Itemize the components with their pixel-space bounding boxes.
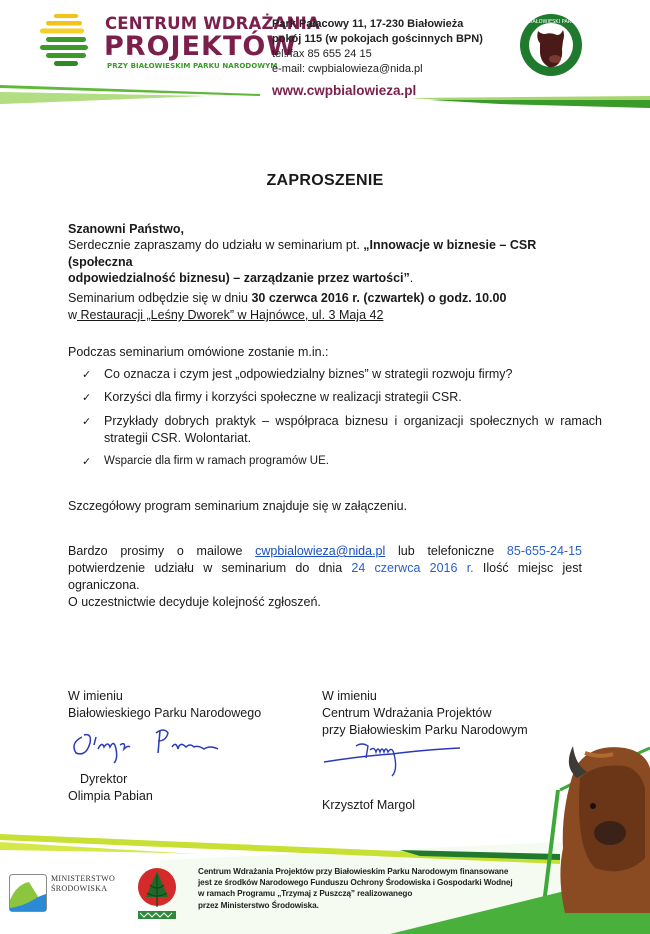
- seminar-venue: w Restauracji „Leśny Dworek” w Hajnówce,…: [68, 307, 383, 324]
- logo-title-line2: PROJEKTÓW: [104, 30, 297, 64]
- svg-text:BIAŁOWIESKI PARK: BIAŁOWIESKI PARK: [527, 19, 575, 25]
- handwritten-signature-left: [68, 723, 228, 765]
- program-note: Szczegółowy program seminarium znajduje …: [68, 498, 407, 515]
- contact-address: Park Pałacowy 11, 17-230 Białowieża: [272, 17, 483, 32]
- checkmark-icon: ✓: [82, 453, 104, 471]
- email-link[interactable]: cwpbialowieza@nida.pl: [255, 544, 385, 558]
- left-signatory-org: Białowieskiego Parku Narodowego: [68, 705, 261, 722]
- list-item: ✓ Przykłady dobrych praktyk – współpraca…: [82, 413, 602, 446]
- right-signatory-org-sub: przy Białowieskim Parku Narodowym: [322, 722, 528, 739]
- contact-block: Park Pałacowy 11, 17-230 Białowieża pokó…: [272, 17, 483, 77]
- confirmation-line1: Bardzo prosimy o mailowe cwpbialowieza@n…: [68, 543, 582, 560]
- checkmark-icon: ✓: [82, 389, 104, 407]
- logo-subtitle: PRZY BIAŁOWIESKIM PARKU NARODOWYM: [107, 62, 277, 70]
- contact-email[interactable]: e-mail: cwpbialowieza@nida.pl: [272, 62, 483, 77]
- checkmark-icon: ✓: [82, 413, 104, 446]
- funding-note: Centrum Wdrażania Projektów przy Białowi…: [198, 866, 513, 911]
- handwritten-signature-right: [322, 740, 462, 780]
- phone-number: 85-655-24-15: [507, 544, 582, 558]
- checkmark-icon: ✓: [82, 366, 104, 384]
- list-item: ✓ Wsparcie dla firm w ramach programów U…: [82, 453, 602, 471]
- confirmation-line4: O uczestnictwie decyduje kolejność zgłos…: [68, 594, 321, 611]
- ministry-of-environment-logo-icon: [9, 874, 47, 912]
- venue-name: Restauracji „Leśny Dworek” w Hajnówce, u…: [81, 308, 384, 322]
- header-green-stripes: [0, 80, 650, 110]
- bialowieza-national-park-bison-logo-icon: BIAŁOWIESKI PARK: [519, 13, 583, 77]
- bison-photo: [555, 738, 650, 928]
- rsvp-deadline: 24 czerwca 2016 r.: [351, 561, 473, 575]
- contact-phone: tel./fax 85 655 24 15: [272, 47, 483, 62]
- right-signatory-line1: W imieniu: [322, 688, 377, 705]
- left-signatory-role: Dyrektor: [80, 771, 127, 788]
- confirmation-line2: potwierdzenie udziału w seminarium do dn…: [68, 560, 582, 577]
- cwp-logo-icon: [36, 14, 96, 72]
- greeting: Szanowni Państwo,: [68, 221, 184, 238]
- topics-lead: Podczas seminarium omówione zostanie m.i…: [68, 344, 329, 361]
- list-item: ✓ Co oznacza i czym jest „odpowiedzialny…: [82, 366, 602, 384]
- confirmation-line3: ograniczona.: [68, 577, 140, 594]
- ministry-name: MINISTERSTWO ŚRODOWISKA: [51, 874, 115, 894]
- seminar-title-part2: odpowiedzialność biznesu) – zarządzanie …: [68, 271, 410, 285]
- right-signatory-org: Centrum Wdrażania Projektów: [322, 705, 492, 722]
- contact-room: pokój 115 (w pokojach gościnnych BPN): [272, 32, 483, 47]
- seminar-date: Seminarium odbędzie się w dniu 30 czerwc…: [68, 290, 608, 307]
- page-title: ZAPROSZENIE: [0, 172, 650, 190]
- seminar-datetime: 30 czerwca 2016 r. (czwartek) o godz. 10…: [251, 291, 506, 305]
- list-item: ✓ Korzyści dla firmy i korzyści społeczn…: [82, 389, 602, 407]
- nfosigw-logo-icon: [136, 867, 178, 921]
- right-signatory-name: Krzysztof Margol: [322, 797, 415, 814]
- intro-paragraph: Serdecznie zapraszamy do udziału w semin…: [68, 237, 588, 287]
- left-signatory-name: Olimpia Pabian: [68, 788, 153, 805]
- left-signatory-line1: W imieniu: [68, 688, 123, 705]
